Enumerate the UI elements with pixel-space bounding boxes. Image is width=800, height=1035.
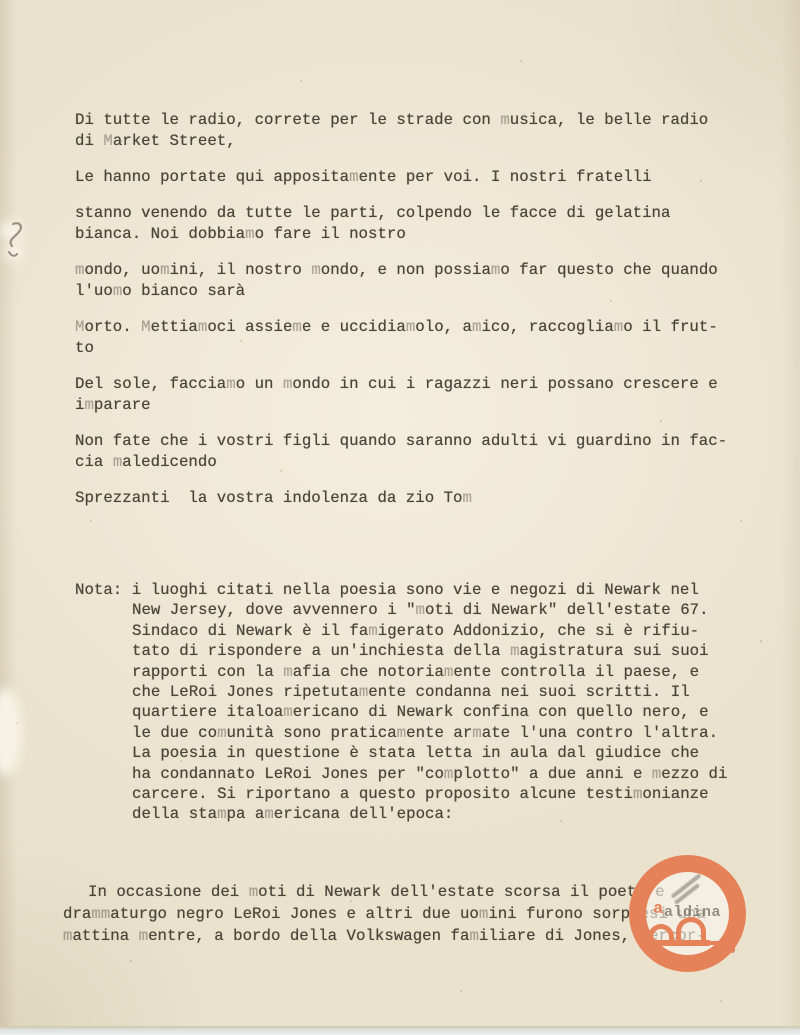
poem-stanza: stanno venendo da tutte le parti, colpen…: [75, 203, 727, 245]
stamp-letter-a: a: [653, 901, 663, 918]
text-line: carcere. Si riportano a questo proposito…: [132, 784, 727, 804]
text-line: Di tutte le radio, correte per le strade…: [75, 110, 727, 131]
text-line: che LeRoi Jones ripetutamente condanna n…: [132, 682, 727, 702]
stamp-logo-arch-right: [676, 917, 706, 941]
poem-stanza: mondo, uomini, il nostro mondo, e non po…: [75, 260, 727, 302]
poem-body: Di tutte le radio, correte per le strade…: [75, 110, 727, 509]
stamp-logo-baseline: [644, 940, 710, 946]
poem-stanza: Le hanno portate qui appositamente per v…: [75, 167, 727, 188]
text-line: le due comunità sono praticamente armate…: [132, 723, 727, 743]
text-line: New Jersey, dove avvennero i "moti di Ne…: [132, 600, 727, 620]
text-line: cia maledicendo: [75, 452, 727, 473]
scanner-edge-strip: [0, 1026, 800, 1035]
poem-stanza: Di tutte le radio, correte per le strade…: [75, 110, 727, 152]
text-line: In occasione dei moti di Newark dell'est…: [63, 881, 706, 903]
press-excerpt-paragraph: In occasione dei moti di Newark dell'est…: [63, 881, 706, 947]
translator-note: Nota: i luoghi citati nella poesia sono …: [75, 580, 727, 825]
text-line: di Market Street,: [75, 131, 727, 152]
poem-stanza: Del sole, facciamo un mondo in cui i rag…: [75, 374, 727, 416]
text-line: quartiere italoamericano di Newark confi…: [132, 702, 727, 722]
poem-stanza: Sprezzanti la vostra indolenza da zio To…: [75, 488, 727, 509]
text-line: Morto. Mettiamoci assieme e uccidiamolo,…: [75, 317, 727, 338]
stamp-logo-tail: [730, 941, 735, 953]
text-line: Sindaco di Newark è il famigerato Addoni…: [132, 621, 727, 641]
text-line: rapporti con la mafia che notoriamente c…: [132, 662, 727, 682]
text-line: Non fate che i vostri figli quando saran…: [75, 431, 727, 452]
text-line: stanno venendo da tutte le parti, colpen…: [75, 203, 727, 224]
poem-stanza: Non fate che i vostri figli quando saran…: [75, 431, 727, 473]
text-line: della stampa americana dell'epoca:: [132, 804, 727, 824]
text-line: bianca. Noi dobbiamo fare il nostro: [75, 224, 727, 245]
text-line: l'uomo bianco sarà: [75, 281, 727, 302]
text-line: to: [75, 338, 727, 359]
text-line: ha condannato LeRoi Jones per "complotto…: [132, 764, 727, 784]
text-line: Nota: i luoghi citati nella poesia sono …: [75, 580, 727, 600]
text-line: Sprezzanti la vostra indolenza da zio To…: [75, 488, 727, 509]
text-line: tato di rispondere a un'inchiesta della …: [132, 641, 727, 661]
text-line: La poesia in questione è stata letta in …: [132, 743, 727, 763]
text-line: mattina mentre, a bordo della Volkswagen…: [63, 925, 706, 947]
text-line: imparare: [75, 395, 727, 416]
text-line: drammaturgo negro LeRoi Jones e altri du…: [63, 903, 706, 925]
scanned-page: Di tutte le radio, correte per le strade…: [0, 0, 800, 1035]
poem-stanza: Morto. Mettiamoci assieme e uccidiamolo,…: [75, 317, 727, 359]
text-line: mondo, uomini, il nostro mondo, e non po…: [75, 260, 727, 281]
text-line: Le hanno portate qui appositamente per v…: [75, 167, 727, 188]
text-line: Del sole, facciamo un mondo in cui i rag…: [75, 374, 727, 395]
